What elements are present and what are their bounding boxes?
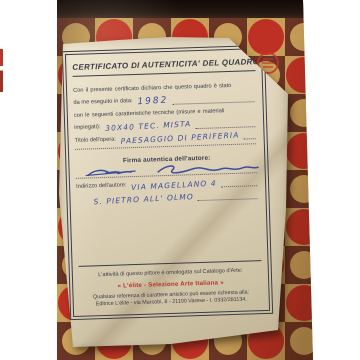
dotted-leader: [195, 124, 255, 129]
product-photo-page: CERTIFICATO DI AUTENTICITA' DEL QUADRO C…: [0, 0, 360, 360]
dotted-leader: [244, 136, 256, 139]
certificate-frame: CERTIFICATO DI AUTENTICITA' DEL QUADRO C…: [65, 48, 270, 317]
photo-edge-artifact: [0, 49, 3, 92]
paper-sheet: CERTIFICATO DI AUTENTICITA' DEL QUADRO C…: [59, 34, 291, 354]
elite-brand-line: « L'élite - Selezione Arte Italiana »: [79, 278, 262, 291]
footer-divider: [79, 260, 262, 267]
certificate-title: CERTIFICATO DI AUTENTICITA' DEL QUADRO: [72, 55, 255, 77]
certificate-paper: CERTIFICATO DI AUTENTICITA' DEL QUADRO C…: [59, 34, 291, 354]
certificate-footer: L'attività di questo pittore è omologata…: [79, 260, 263, 310]
photo-top-edge: [57, 0, 313, 18]
materials-label: impiegati):: [74, 121, 101, 134]
date-value-handwritten: 1982: [137, 95, 169, 109]
certificate-photo: CERTIFICATO DI AUTENTICITA' DEL QUADRO C…: [57, 0, 313, 360]
dotted-leader: [221, 183, 257, 187]
signature-section: Firma autentica dell'autore:: [75, 153, 259, 181]
dotted-leader: [198, 196, 258, 201]
